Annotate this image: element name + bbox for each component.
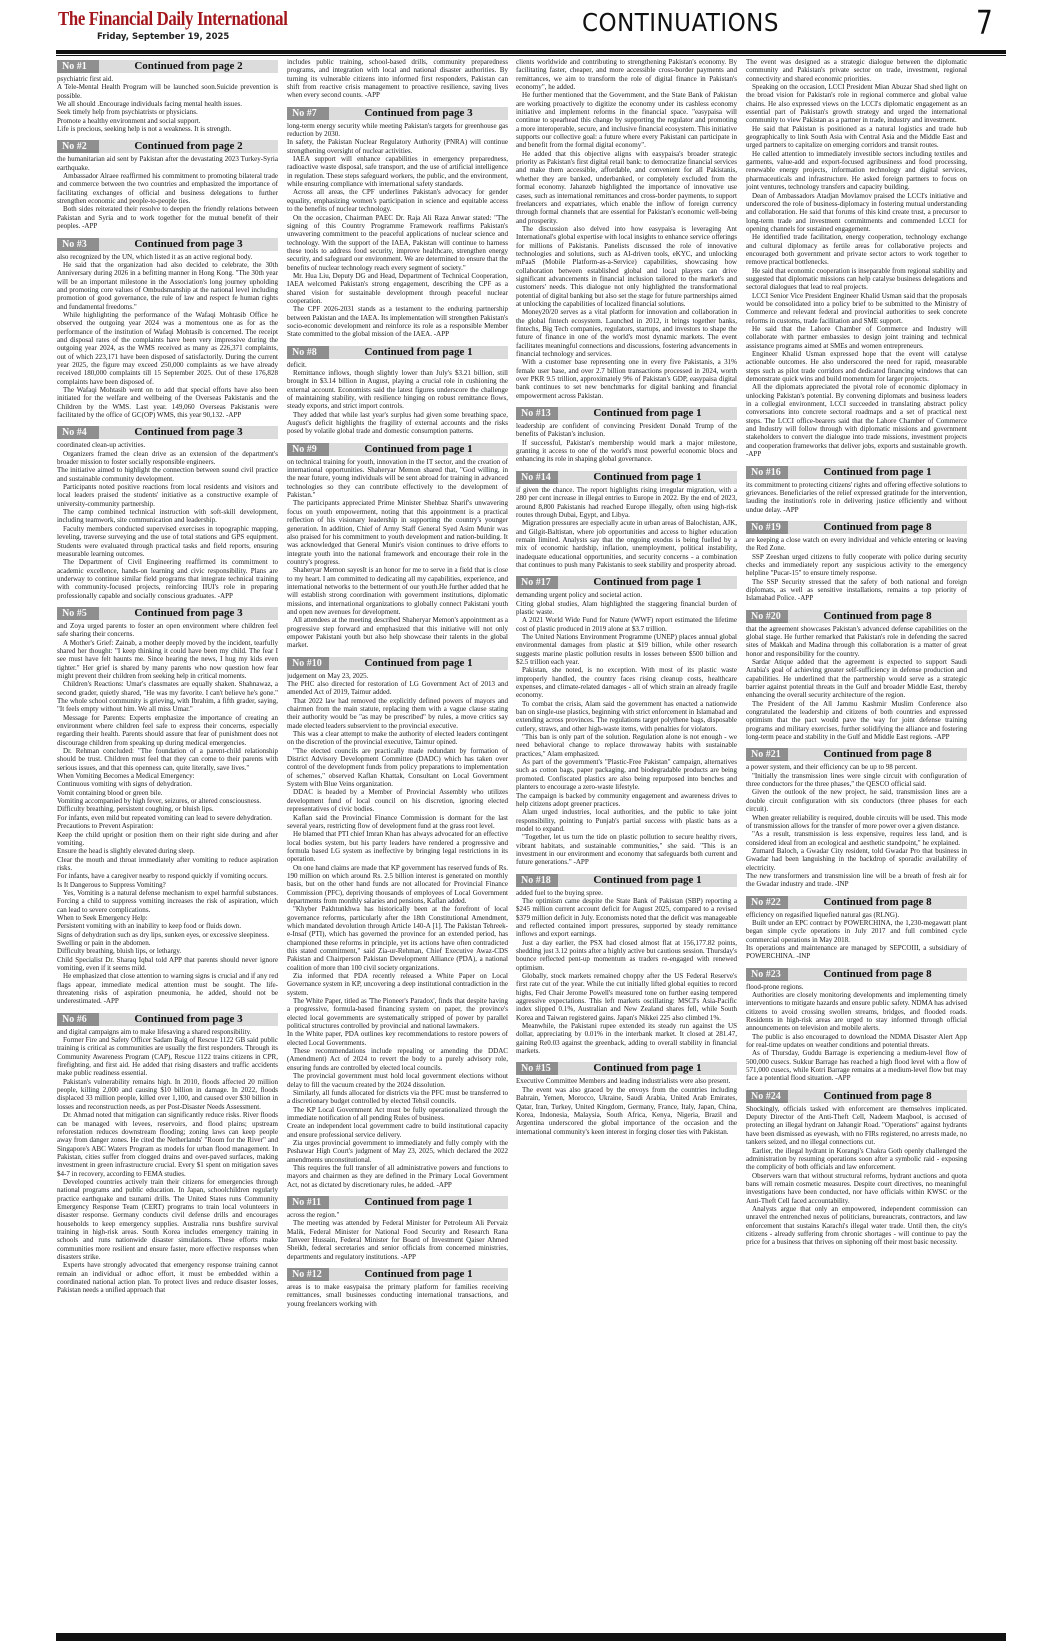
body-paragraph: Shaheryar Memon sayesIt is an honor for … (287, 566, 508, 616)
continued-from-label: Continued from page 2 (99, 140, 278, 153)
body-paragraph: Engineer Khalid Usman expressed hope tha… (746, 350, 967, 383)
continued-from-label: Continued from page 3 (99, 607, 278, 620)
body-paragraph: Meanwhile, the Pakistani rupee extended … (516, 1022, 737, 1055)
continuation-header: No #14Continued from page 1 (516, 471, 737, 484)
body-paragraph: Authorities are closely monitoring devel… (746, 991, 967, 1033)
article-number-label: No #18 (516, 874, 558, 887)
body-paragraph: The public is also encouraged to downloa… (746, 1033, 967, 1050)
spacer (746, 603, 967, 608)
body-paragraph: With a customer base representing one in… (516, 358, 737, 400)
top-rule-thin (56, 55, 1006, 56)
body-paragraph: He emphasized that close attention to wa… (57, 972, 278, 1005)
body-paragraph: He blamed that PTI chief Imran Khan has … (287, 830, 508, 863)
body-paragraph: Sardar Atique added that the agreement i… (746, 658, 967, 700)
continued-from-label: Continued from page 3 (329, 107, 508, 120)
body-paragraph: To combat the crisis, Alam said the gove… (516, 700, 737, 733)
article-number-label: No #2 (57, 140, 99, 153)
continued-from-label: Continued from page 1 (558, 874, 737, 887)
body-paragraph: "Together, let us turn the tide on plast… (516, 833, 737, 866)
body-paragraph: Given the outlook of the new project, he… (746, 788, 967, 813)
body-paragraph: if given the chance. The report highligh… (516, 486, 737, 519)
article-number-label: No #16 (746, 466, 788, 479)
body-paragraph: Difficulty breathing, bluish lips, or le… (57, 947, 278, 955)
spacer (746, 459, 967, 464)
section-title: CONTINUATIONS (582, 8, 779, 37)
article-continuation: No #7Continued from page 3long-term ener… (287, 107, 508, 344)
spacer (746, 889, 967, 894)
body-paragraph: Yes, Vomiting is a natural defense mecha… (57, 889, 278, 914)
body-paragraph: Both sides reiterated their resolve to d… (57, 205, 278, 230)
body-paragraph: Globally, stock markets remained choppy … (516, 972, 737, 1022)
body-paragraph: "The elected councils are practically ma… (287, 747, 508, 789)
continuation-header: No #1Continued from page 2 (57, 60, 278, 73)
continuation-header: No #15Continued from page 1 (516, 1062, 737, 1075)
body-paragraph: also recognized by the UN, which listed … (57, 253, 278, 261)
body-paragraph: and digital campaigns aim to make lifesa… (57, 1028, 278, 1036)
body-paragraph: "Khyber Pakhtunkhwa has historically bee… (287, 905, 508, 972)
body-paragraph: and Zoya urged parents to foster an open… (57, 622, 278, 639)
page-number: 7 (976, 3, 993, 42)
continued-from-label: Continued from page 8 (788, 521, 967, 534)
article-number-label: No #24 (746, 1090, 788, 1103)
spacer (516, 569, 737, 574)
article-continuation: No #1Continued from page 2psychiatric fi… (57, 60, 278, 138)
body-paragraph: Citing global studies, Alam highlighted … (516, 600, 737, 617)
body-paragraph: Zumard Baloch, a Gwadar City resident, t… (746, 847, 967, 872)
body-paragraph: As part of the government's "Plastic-Fre… (516, 758, 737, 791)
body-paragraph: The campaign is backed by community enga… (516, 792, 737, 809)
continued-from-label: Continued from page 8 (788, 1090, 967, 1103)
body-paragraph: Create an independent local government c… (287, 1122, 508, 1139)
body-paragraph: Vomiting accompanied by high fever, seiz… (57, 797, 278, 805)
article-continuation: No #23Continued from page 8flood-prone r… (746, 968, 967, 1088)
body-paragraph: Children's Reactions: Umar's classmates … (57, 680, 278, 713)
body-paragraph: A 2021 World Wide Fund for Nature (WWF) … (516, 616, 737, 633)
body-paragraph: deficit. (287, 361, 508, 369)
body-paragraph: The SSP Security stressed that the safet… (746, 578, 967, 603)
body-paragraph: The Wafaqi Mohtasib went on to add that … (57, 386, 278, 419)
article-number-label: No #10 (287, 657, 329, 670)
continued-from-label: Continued from page 1 (788, 466, 967, 479)
body-paragraph: clients worldwide and contributing to st… (516, 58, 737, 91)
body-paragraph: We all should .Encourage individuals fac… (57, 100, 278, 108)
spacer (287, 650, 508, 655)
body-paragraph: Shockingly, officials tasked with enforc… (746, 1105, 967, 1147)
body-paragraph: Is It Dangerous to Suppress Vomiting? (57, 881, 278, 889)
body-paragraph: The United Nations Environment Programme… (516, 633, 737, 666)
body-paragraph: Seek timely help from psychiatrists or p… (57, 108, 278, 116)
body-paragraph: Earlier, the illegal hydrant in Korangi'… (746, 1147, 967, 1172)
body-paragraph: On one hand claims are made that KP gove… (287, 864, 508, 906)
article-continuation: No #9Continued from page 1on technical t… (287, 443, 508, 655)
body-paragraph: demanding urgent policy and societal act… (516, 591, 737, 599)
article-continuation: includes public training, school-based d… (287, 58, 508, 105)
body-paragraph: Just a day earlier, the PSX had closed a… (516, 939, 737, 972)
body-paragraph: Zia informed that PDA recently released … (287, 972, 508, 997)
body-paragraph: He said that Pakistan is positioned as a… (746, 125, 967, 150)
body-paragraph: All the diplomats appreciated the pivota… (746, 383, 967, 458)
article-number-label: No #23 (746, 968, 788, 981)
body-paragraph: "Initially the transmission lines were s… (746, 772, 967, 789)
body-paragraph: Swelling or pain in the abdomen. (57, 939, 278, 947)
body-paragraph: DDAC is headed by a Member of Provincial… (287, 788, 508, 813)
article-number-label: No #17 (516, 576, 558, 589)
body-paragraph: Persistent vomiting with an inability to… (57, 922, 278, 930)
body-paragraph: Faculty members conducted supervised exe… (57, 525, 278, 558)
body-paragraph: He further mentioned that the Government… (516, 91, 737, 149)
spacer (516, 1136, 737, 1141)
body-paragraph: on technical training for youth, innovat… (287, 458, 508, 500)
article-continuation: No #19Continued from page 8are keeping a… (746, 521, 967, 608)
article-continuation: No #11Continued from page 1across the re… (287, 1196, 508, 1266)
body-paragraph: a power system, and their efficiency can… (746, 763, 967, 771)
body-paragraph: He added that this objective aligns with… (516, 150, 737, 225)
body-paragraph: Promote a healthy environment and social… (57, 117, 278, 125)
body-paragraph: Zia urges provincial government to immed… (287, 1139, 508, 1164)
continued-from-label: Continued from page 8 (788, 896, 967, 909)
body-paragraph: Remittance inflows, though slightly lowe… (287, 369, 508, 411)
continuation-header: No #10Continued from page 1 (287, 657, 508, 670)
continued-from-label: Continued from page 1 (329, 657, 508, 670)
article-continuation: No #21Continued from page 8a power syste… (746, 748, 967, 893)
body-paragraph: Observers warn that without structural r… (746, 1172, 967, 1205)
body-paragraph: He said that the Lahore Chamber of Comme… (746, 325, 967, 350)
article-continuation: No #18Continued from page 1added fuel to… (516, 874, 737, 1061)
article-continuation: No #16Continued from page 1its commitmen… (746, 466, 967, 519)
body-paragraph: The provincial government must hold loca… (287, 1072, 508, 1089)
body-paragraph: Built under an EPC contract by POWERCHIN… (746, 919, 967, 944)
body-paragraph: Organizers framed the clean drive as an … (57, 450, 278, 467)
body-paragraph: Kaflan said the Provincial Finance Commi… (287, 814, 508, 831)
body-paragraph: areas is to make easypaisa the primary p… (287, 1283, 508, 1308)
body-paragraph: are keeping a close watch on every indiv… (746, 536, 967, 553)
body-paragraph: the humanitarian aid sent by Pakistan af… (57, 155, 278, 172)
newspaper-name: The Financial Daily International (58, 9, 288, 31)
body-paragraph: Pakistan's vulnerability remains high. I… (57, 1078, 278, 1111)
body-paragraph: A Tele-Mental Health Program will be lau… (57, 83, 278, 100)
body-paragraph: The new transformers and transmission li… (746, 872, 967, 889)
body-paragraph: leadership are confident of convincing P… (516, 422, 737, 439)
article-number-label: No #7 (287, 107, 329, 120)
body-paragraph: A Mother's Grief: Zainab, a mother deepl… (57, 639, 278, 681)
body-paragraph: The event was designed as a strategic di… (746, 58, 967, 83)
spacer (287, 100, 508, 105)
body-paragraph: For infants, even mild but repeated vomi… (57, 814, 278, 822)
article-continuation: The event was designed as a strategic di… (746, 58, 967, 464)
body-paragraph: All attendees at the meeting described S… (287, 616, 508, 649)
article-continuation: clients worldwide and contributing to st… (516, 58, 737, 405)
body-paragraph: Life is precious, seeking help is not a … (57, 125, 278, 133)
continued-from-label: Continued from page 1 (329, 443, 508, 456)
article-number-label: No #5 (57, 607, 99, 620)
spacer (516, 464, 737, 469)
body-paragraph: judgement on May 23, 2025. (287, 672, 508, 680)
article-continuation: No #6Continued from page 3and digital ca… (57, 1013, 278, 1300)
article-number-label: No #12 (287, 1268, 329, 1281)
body-paragraph: The participants appreciated Prime Minis… (287, 499, 508, 566)
spacer (516, 867, 737, 872)
body-paragraph: If successful, Pakistan's membership wou… (516, 439, 737, 464)
issue-date: Friday, September 19, 2025 (97, 32, 229, 42)
body-paragraph: The camp combined technical instruction … (57, 508, 278, 525)
article-continuation: No #20Continued from page 8that the agre… (746, 610, 967, 747)
body-paragraph: This requires the full transfer of all a… (287, 1164, 508, 1189)
body-paragraph: The White Paper, titled as 'The Pioneer'… (287, 997, 508, 1030)
spacer (57, 419, 278, 424)
article-number-label: No #19 (746, 521, 788, 534)
body-paragraph: Executive Committee Members and leading … (516, 1077, 737, 1085)
continuation-header: No #7Continued from page 3 (287, 107, 508, 120)
continuation-header: No #18Continued from page 1 (516, 874, 737, 887)
column-3: clients worldwide and contributing to st… (516, 58, 737, 1632)
continuation-header: No #13Continued from page 1 (516, 407, 737, 420)
body-paragraph: includes public training, school-based d… (287, 58, 508, 100)
body-paragraph: Pakistan, she noted, is no exception. Wi… (516, 666, 737, 699)
body-paragraph: The event was also graced by the envoys … (516, 1086, 737, 1136)
body-paragraph: LCCI Senior Vice President Engineer Khal… (746, 292, 967, 325)
continuation-header: No #22Continued from page 8 (746, 896, 967, 909)
continuation-header: No #2Continued from page 2 (57, 140, 278, 153)
body-paragraph: The initiative aimed to highlight the co… (57, 466, 278, 483)
column-1: No #1Continued from page 2psychiatric fi… (57, 58, 278, 1632)
continuation-header: No #24Continued from page 8 (746, 1090, 967, 1103)
spacer (516, 400, 737, 405)
body-paragraph: Migration pressures are especially acute… (516, 519, 737, 569)
body-paragraph: While highlighting the performance of th… (57, 311, 278, 386)
body-paragraph: coordinated clean-up activities. (57, 441, 278, 449)
body-paragraph: Continuous vomiting with signs of dehydr… (57, 780, 278, 788)
spacer (57, 1006, 278, 1011)
spacer (57, 133, 278, 138)
continuation-header: No #17Continued from page 1 (516, 576, 737, 589)
article-continuation: No #5Continued from page 3and Zoya urged… (57, 607, 278, 1011)
body-paragraph: Participants noted positive reactions fr… (57, 483, 278, 508)
article-number-label: No #3 (57, 238, 99, 251)
body-paragraph: When Vomiting Becomes a Medical Emergenc… (57, 772, 278, 780)
article-continuation: No #15Continued from page 1Executive Com… (516, 1062, 737, 1140)
article-continuation: No #17Continued from page 1demanding urg… (516, 576, 737, 871)
continuation-header: No #4Continued from page 3 (57, 426, 278, 439)
body-paragraph: Precautions to Prevent Aspiration: (57, 822, 278, 830)
article-number-label: No #1 (57, 60, 99, 73)
spacer (516, 1055, 737, 1060)
body-paragraph: As of Thursday, Guddu Barrage is experie… (746, 1049, 967, 1082)
continuation-header: No #19Continued from page 8 (746, 521, 967, 534)
body-paragraph: efficiency on regasified liquefied natur… (746, 911, 967, 919)
body-paragraph: Ensure the head is slightly elevated dur… (57, 847, 278, 855)
spacer (57, 600, 278, 605)
continued-from-label: Continued from page 2 (99, 60, 278, 73)
article-number-label: No #9 (287, 443, 329, 456)
continued-from-label: Continued from page 3 (99, 426, 278, 439)
article-continuation: No #10Continued from page 1judgement on … (287, 657, 508, 1194)
body-paragraph: The President of the All Jammu Kashmir M… (746, 700, 967, 742)
body-paragraph: Alam urged industries, local authorities… (516, 808, 737, 833)
continuation-header: No #21Continued from page 8 (746, 748, 967, 761)
body-paragraph: Across all areas, the CPF underlines Pak… (287, 188, 508, 213)
body-paragraph: Difficulty breathing, persistent coughin… (57, 805, 278, 813)
continued-from-label: Continued from page 1 (558, 407, 737, 420)
masthead: The Financial Daily International Friday… (0, 0, 1063, 52)
spacer (287, 339, 508, 344)
body-paragraph: long-term energy security while meeting … (287, 122, 508, 139)
body-paragraph: Similarly, all funds allocated for distr… (287, 1089, 508, 1106)
body-paragraph: Message for Parents: Experts emphasize t… (57, 714, 278, 747)
body-paragraph: This was a clear attempt to make the aut… (287, 730, 508, 747)
body-paragraph: IAEA support will enhance capabilities i… (287, 155, 508, 188)
body-paragraph: psychiatric first aid. (57, 75, 278, 83)
article-number-label: No #14 (516, 471, 558, 484)
body-paragraph: For infants, have a caregiver nearby to … (57, 872, 278, 880)
body-paragraph: that the agreement showcases Pakistan's … (746, 625, 967, 658)
body-paragraph: Child Specialist Dr. Sharaq Iqbal told A… (57, 956, 278, 973)
column-2: includes public training, school-based d… (287, 58, 508, 1632)
article-number-label: No #22 (746, 896, 788, 909)
body-paragraph: He identified trade facilitation, energy… (746, 233, 967, 266)
spacer (746, 514, 967, 519)
article-number-label: No #8 (287, 346, 329, 359)
article-continuation: No #13Continued from page 1leadership ar… (516, 407, 737, 469)
body-paragraph: Speaking on the occasion, LCCI President… (746, 83, 967, 125)
article-number-label: No #13 (516, 407, 558, 420)
continuation-header: No #3Continued from page 3 (57, 238, 278, 251)
spacer (287, 436, 508, 441)
body-paragraph: The meeting was attended by Federal Mini… (287, 1219, 508, 1261)
article-continuation: No #4Continued from page 3coordinated cl… (57, 426, 278, 605)
body-paragraph: On the occasion, Chairman PAEC Dr. Raja … (287, 214, 508, 272)
body-paragraph: He called attention to immediately inves… (746, 150, 967, 192)
continued-from-label: Continued from page 1 (558, 576, 737, 589)
body-paragraph: Money20/20 serves as a vital platform fo… (516, 308, 737, 358)
article-continuation: No #12Continued from page 1areas is to m… (287, 1268, 508, 1313)
continued-from-label: Continued from page 8 (788, 748, 967, 761)
body-paragraph: That 2022 law had removed the explicitly… (287, 697, 508, 730)
article-continuation: No #3Continued from page 3also recognize… (57, 238, 278, 425)
spacer (746, 1247, 967, 1252)
body-paragraph: added fuel to the buying spree. (516, 889, 737, 897)
body-paragraph: "This ban is only part of the solution. … (516, 733, 737, 758)
body-paragraph: across the region." (287, 1211, 508, 1219)
spacer (746, 741, 967, 746)
article-continuation: No #24Continued from page 8Shockingly, o… (746, 1090, 967, 1252)
continuation-header: No #20Continued from page 8 (746, 610, 967, 623)
body-paragraph: Clear the mouth and throat immediately a… (57, 856, 278, 873)
continued-from-label: Continued from page 3 (99, 1013, 278, 1026)
continued-from-label: Continued from page 8 (788, 968, 967, 981)
article-continuation: No #8Continued from page 1deficit.Remitt… (287, 346, 508, 441)
spacer (746, 1083, 967, 1088)
body-paragraph: Signs of dehydration such as dry lips, s… (57, 931, 278, 939)
body-paragraph: Dr. Rehman concluded: "The foundation of… (57, 747, 278, 772)
continuation-header: No #11Continued from page 1 (287, 1196, 508, 1209)
continuation-header: No #8Continued from page 1 (287, 346, 508, 359)
body-paragraph: The CPF 2026-2031 stands as a testament … (287, 305, 508, 338)
body-paragraph: SSP Zeeshan urged citizens to fully coop… (746, 553, 967, 578)
continued-from-label: Continued from page 1 (558, 471, 737, 484)
article-continuation: No #14Continued from page 1if given the … (516, 471, 737, 574)
spacer (57, 231, 278, 236)
column-4: The event was designed as a strategic di… (746, 58, 967, 1632)
body-paragraph: These recommendations include repealing … (287, 1047, 508, 1072)
continued-from-label: Continued from page 3 (99, 238, 278, 251)
article-continuation: No #22Continued from page 8efficiency on… (746, 896, 967, 966)
spacer (57, 1295, 278, 1300)
continuation-header: No #9Continued from page 1 (287, 443, 508, 456)
article-number-label: No #6 (57, 1013, 99, 1026)
continuation-header: No #23Continued from page 8 (746, 968, 967, 981)
body-paragraph: Experts have strongly advocated that eme… (57, 1261, 278, 1294)
article-continuation: No #2Continued from page 2the humanitari… (57, 140, 278, 235)
continued-from-label: Continued from page 1 (329, 1196, 508, 1209)
body-paragraph: Analysts argue that only an empowered, i… (746, 1205, 967, 1247)
bottom-rule (56, 1633, 1006, 1641)
body-paragraph: its commitment to protecting citizens' r… (746, 481, 967, 514)
continued-from-label: Continued from page 1 (329, 346, 508, 359)
body-paragraph: "As a result, transmission is less expen… (746, 830, 967, 847)
body-paragraph: Vomit containing blood or green bile. (57, 789, 278, 797)
body-paragraph: The PHC also directed for restoration of… (287, 680, 508, 697)
continuation-header: No #5Continued from page 3 (57, 607, 278, 620)
body-paragraph: In the White paper, PDA outlines key rec… (287, 1030, 508, 1047)
body-paragraph: Dean of Ambassadors Atadjan Movlamov pra… (746, 192, 967, 234)
body-paragraph: They added that while last year's surplu… (287, 411, 508, 436)
continuation-header: No #12Continued from page 1 (287, 1268, 508, 1281)
body-paragraph: Ambassador Alraee reaffirmed his commitm… (57, 172, 278, 205)
body-paragraph: Developed countries actively train their… (57, 1178, 278, 1261)
article-number-label: No #15 (516, 1062, 558, 1075)
continued-from-label: Continued from page 1 (558, 1062, 737, 1075)
body-paragraph: He said that the organization had also d… (57, 261, 278, 311)
continued-from-label: Continued from page 1 (329, 1268, 508, 1281)
body-paragraph: Keep the child upright or position them … (57, 831, 278, 848)
body-paragraph: flood-prone regions. (746, 983, 967, 991)
body-paragraph: The discussion also delved into how easy… (516, 225, 737, 308)
continuation-header: No #6Continued from page 3 (57, 1013, 278, 1026)
top-rule (56, 50, 1006, 54)
body-paragraph: In safety, the Pakistan Nuclear Regulato… (287, 138, 508, 155)
body-paragraph: Its operations and maintenance are manag… (746, 944, 967, 961)
body-paragraph: When to Seek Emergency Help: (57, 914, 278, 922)
article-number-label: No #11 (287, 1196, 329, 1209)
spacer (287, 1189, 508, 1194)
body-paragraph: When greater reliability is required, do… (746, 814, 967, 831)
body-paragraph: Mr. Hua Liu, Deputy DG and Head, Departm… (287, 272, 508, 305)
body-paragraph: Former Fire and Safety Officer Sadam Bai… (57, 1036, 278, 1078)
spacer (287, 1308, 508, 1313)
body-paragraph: He said that economic cooperation is ins… (746, 267, 967, 292)
article-number-label: No #4 (57, 426, 99, 439)
body-paragraph: The optimism came despite the State Bank… (516, 897, 737, 939)
body-paragraph: Dr. Ahmad noted that mitigation can sign… (57, 1111, 278, 1178)
continuation-header: No #16Continued from page 1 (746, 466, 967, 479)
body-paragraph: The KP Local Government Act must be full… (287, 1106, 508, 1123)
article-number-label: No #20 (746, 610, 788, 623)
body-paragraph: The Department of Civil Engineering reaf… (57, 558, 278, 600)
spacer (746, 961, 967, 966)
spacer (287, 1261, 508, 1266)
article-number-label: No #21 (746, 748, 788, 761)
continued-from-label: Continued from page 8 (788, 610, 967, 623)
